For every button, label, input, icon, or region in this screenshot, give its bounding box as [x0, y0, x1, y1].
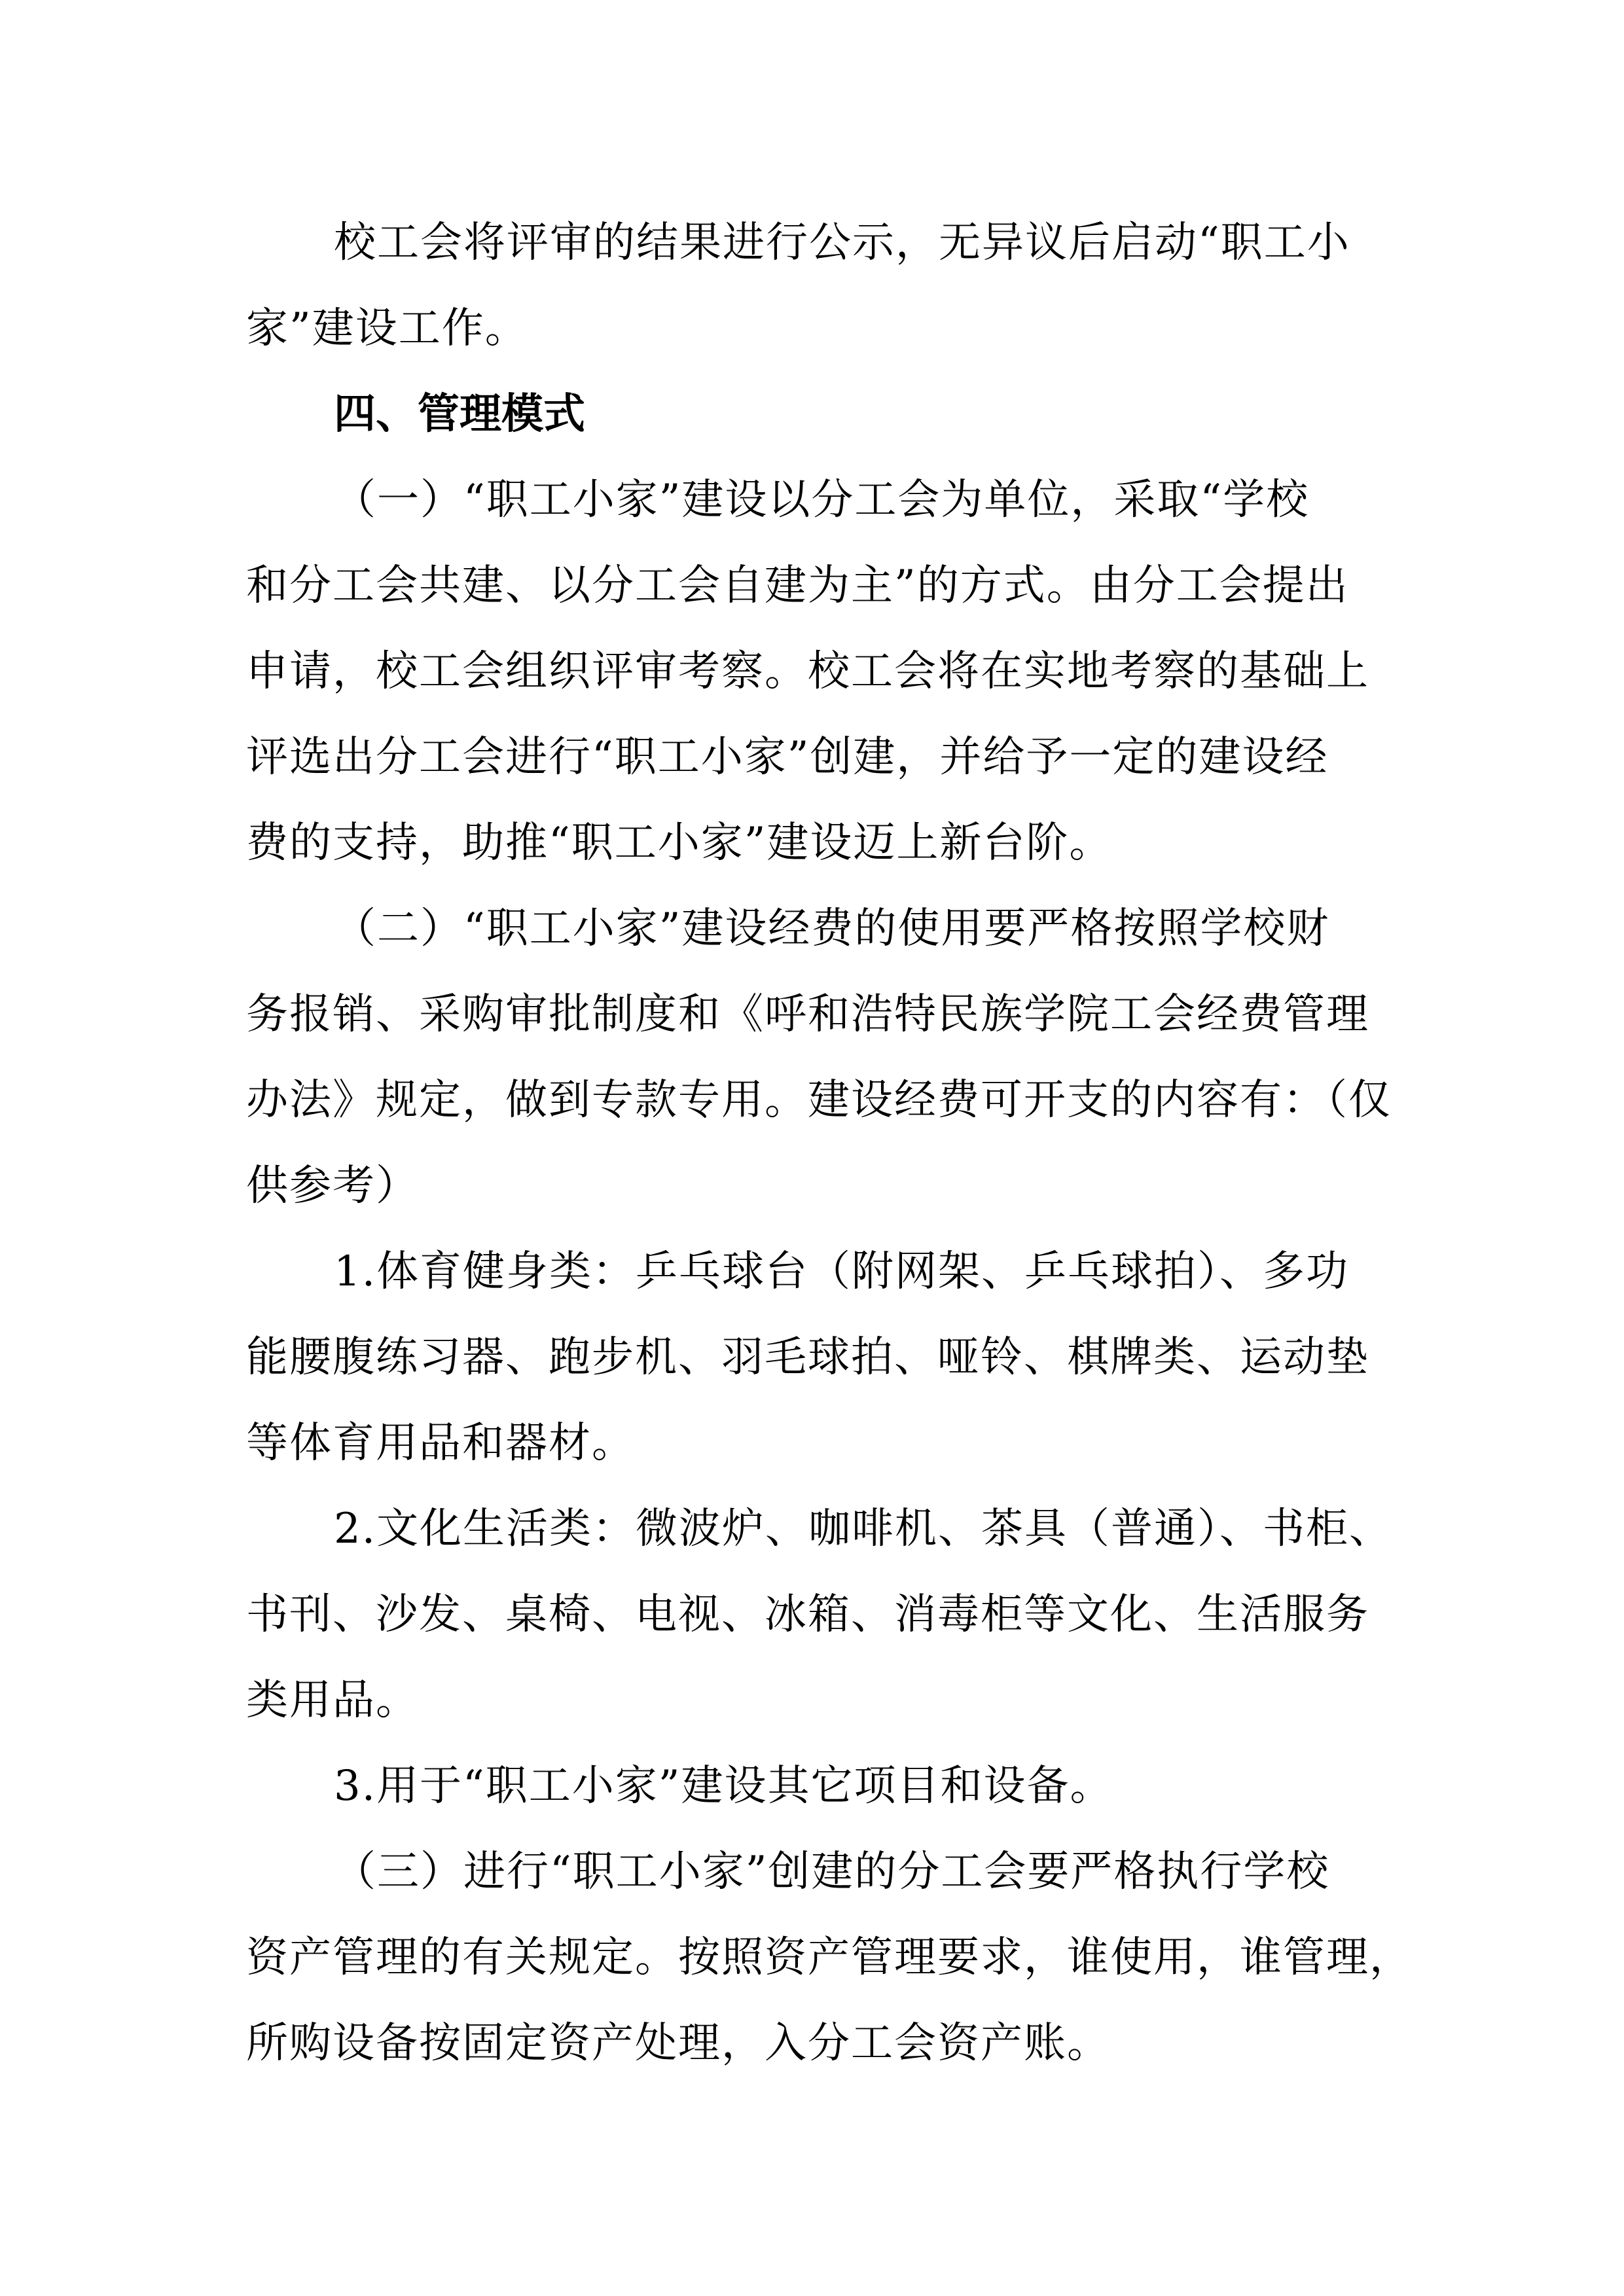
document-page: 校工会将评审的结果进行公示，无异议后启动“职工小 家”建设工作。 四、管理模式 … [246, 200, 1379, 2087]
text-line: 资产管理的有关规定。按照资产管理要求，谁使用，谁管理， [246, 1915, 1379, 2001]
text-line: 评选出分工会进行“职工小家”创建，并给予一定的建设经 [246, 715, 1379, 800]
text-line: 费的支持，助推“职工小家”建设迈上新台阶。 [246, 800, 1379, 886]
text-line: （二）“职工小家”建设经费的使用要严格按照学校财 [246, 886, 1379, 972]
text-line: （一）“职工小家”建设以分工会为单位，采取“学校 [246, 457, 1379, 543]
text-line: 能腰腹练习器、跑步机、羽毛球拍、哑铃、棋牌类、运动垫 [246, 1315, 1379, 1401]
text-line: 书刊、沙发、桌椅、电视、冰箱、消毒柜等文化、生活服务 [246, 1572, 1379, 1658]
section-heading-title: 四、管理模式 [246, 372, 1379, 457]
text-line: 2.文化生活类：微波炉、咖啡机、茶具（普通）、书柜、 [246, 1486, 1379, 1572]
list-item-other: 3.用于“职工小家”建设其它项目和设备。 [246, 1744, 1379, 1829]
section-heading: 四、管理模式 [246, 372, 1379, 457]
text-line: 3.用于“职工小家”建设其它项目和设备。 [246, 1744, 1379, 1829]
text-line: 1.体育健身类：乒乓球台（附网架、乒乓球拍）、多功 [246, 1229, 1379, 1315]
text-line: 等体育用品和器材。 [246, 1401, 1379, 1486]
text-line: 办法》规定，做到专款专用。建设经费可开支的内容有：（仅 [246, 1058, 1379, 1143]
text-line: 供参考） [246, 1143, 1379, 1229]
text-line: （三）进行“职工小家”创建的分工会要严格执行学校 [246, 1829, 1379, 1915]
paragraph-item-1: （一）“职工小家”建设以分工会为单位，采取“学校 和分工会共建、以分工会自建为主… [246, 457, 1379, 886]
text-line: 申请，校工会组织评审考察。校工会将在实地考察的基础上 [246, 629, 1379, 715]
paragraph-item-2: （二）“职工小家”建设经费的使用要严格按照学校财 务报销、采购审批制度和《呼和浩… [246, 886, 1379, 1229]
text-line: 和分工会共建、以分工会自建为主”的方式。由分工会提出 [246, 543, 1379, 629]
text-line: 务报销、采购审批制度和《呼和浩特民族学院工会经费管理 [246, 972, 1379, 1058]
text-line: 类用品。 [246, 1658, 1379, 1744]
paragraph-item-3: （三）进行“职工小家”创建的分工会要严格执行学校 资产管理的有关规定。按照资产管… [246, 1829, 1379, 2087]
text-line: 所购设备按固定资产处理，入分工会资产账。 [246, 2001, 1379, 2087]
list-item-culture: 2.文化生活类：微波炉、咖啡机、茶具（普通）、书柜、 书刊、沙发、桌椅、电视、冰… [246, 1486, 1379, 1744]
text-line: 家”建设工作。 [246, 286, 1379, 372]
text-line: 校工会将评审的结果进行公示，无异议后启动“职工小 [246, 200, 1379, 286]
paragraph-publicity: 校工会将评审的结果进行公示，无异议后启动“职工小 家”建设工作。 [246, 200, 1379, 372]
list-item-sports: 1.体育健身类：乒乓球台（附网架、乒乓球拍）、多功 能腰腹练习器、跑步机、羽毛球… [246, 1229, 1379, 1486]
